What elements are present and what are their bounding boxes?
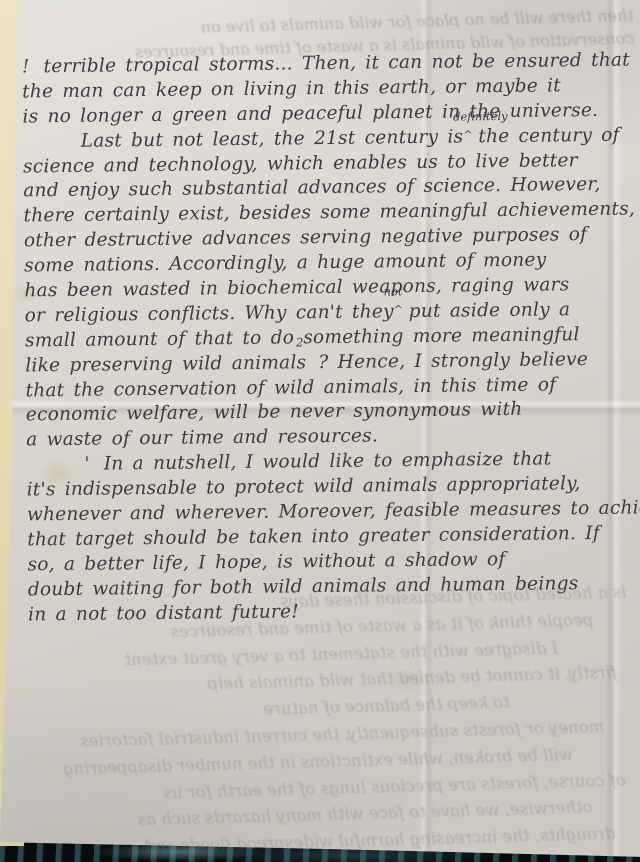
footnote-number: 2 [296, 330, 304, 355]
inserted-word: definitely [453, 104, 508, 130]
line-text: ? Hence, I strongly believe [318, 349, 588, 373]
line-text: like preserving wild animals [25, 352, 306, 376]
line-text: put aside only a [409, 299, 571, 322]
line-text: or religious conflicts. Why can't they [25, 301, 394, 326]
inserted-word: not [383, 279, 402, 304]
essay-text: !terrible tropical storms... Then, it ca… [22, 49, 632, 628]
line-text: In a nutshell, I would like to emphasize… [104, 449, 552, 475]
bleed-through-text-bottom: is a heated topic of discussion these da… [14, 580, 633, 862]
photograph-of-handwritten-page: then there will be no place for wild ani… [0, 0, 640, 862]
line-text: terrible tropical storms... Then, it can… [43, 50, 630, 78]
line-text: Last but not least, the 21st century is [81, 126, 464, 151]
margin-correction-mark: ! [22, 56, 30, 77]
margin-correction-mark: ' [84, 454, 90, 475]
